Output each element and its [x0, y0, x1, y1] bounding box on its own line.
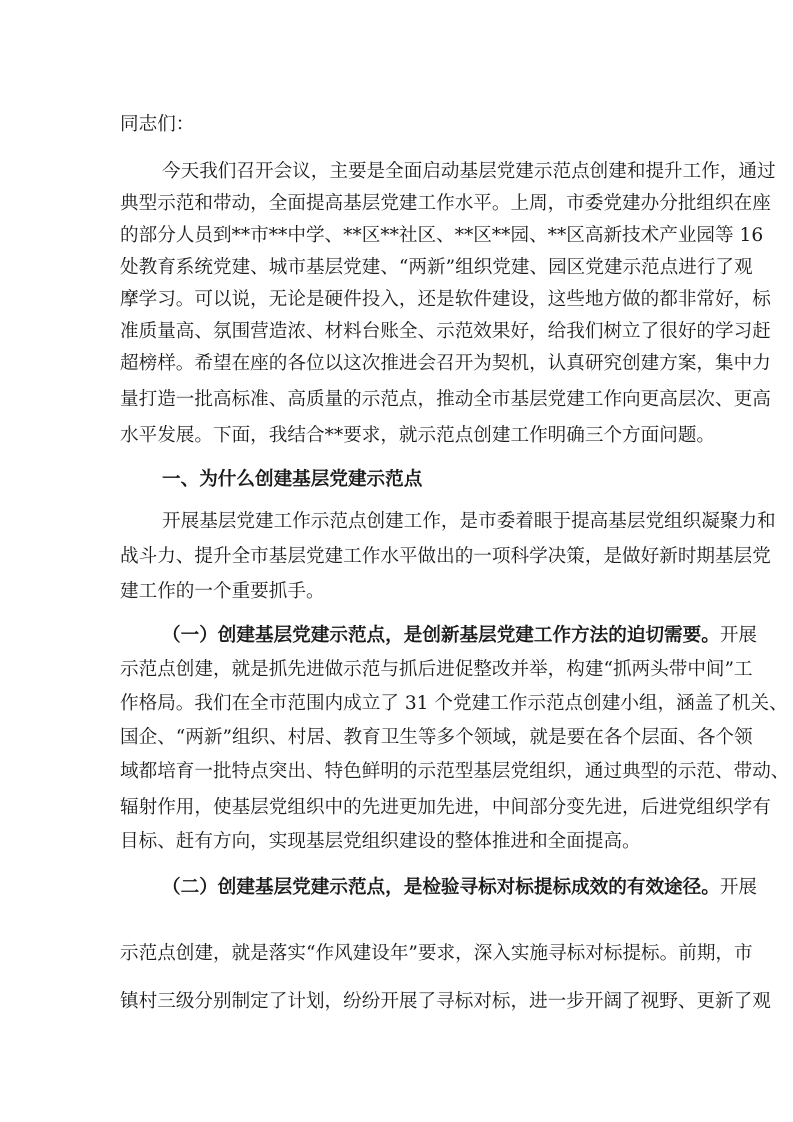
paragraph-line: 国企、“两新”组织、村居、教育卫生等多个领域，就是要在各个层面、各个领: [120, 726, 675, 750]
paragraph-line: 辐射作用，使基层党组织中的先进更加先进，中间部分变先进，后进党组织学有: [120, 796, 675, 820]
paragraph-line: 示范点创建，就是抓先进做示范与抓后进促整改并举，构建“抓两头带中间”工: [120, 658, 675, 682]
paragraph-line: 域都培育一批特点突出、特色鲜明的示范型基层党组织，通过典型的示范、带动、: [120, 760, 675, 784]
paragraph-line: 战斗力、提升全市基层党建工作水平做出的一项科学决策，是做好新时期基层党: [120, 545, 675, 569]
section-heading: 一、为什么创建基层党建示范点: [162, 468, 675, 492]
paragraph-line: 摩学习。可以说，无论是硬件投入，还是软件建设，这些地方做的都非常好，标: [120, 288, 675, 312]
paragraph-line: 建工作的一个重要抓手。: [120, 580, 675, 604]
subsection-1-lead: （一）创建基层党建示范点，是创新基层党建工作方法的迫切需要。: [162, 625, 720, 646]
paragraph-line: 今天我们召开会议，主要是全面启动基层党建示范点创建和提升工作，通过: [162, 160, 675, 184]
subsection-2-first-line: （二）创建基层党建示范点，是检验寻标对标提标成效的有效途径。开展: [162, 876, 675, 900]
salutation: 同志们：: [120, 113, 675, 137]
subsection-2-lead: （二）创建基层党建示范点，是检验寻标对标提标成效的有效途径。: [162, 877, 720, 898]
paragraph-line: 目标、赶有方向，实现基层党组织建设的整体推进和全面提高。: [120, 830, 675, 854]
subsection-2-lead-rest: 开展: [720, 877, 757, 898]
paragraph-line: 镇村三级分别制定了计划，纷纷开展了寻标对标，进一步开阔了视野、更新了观: [120, 990, 675, 1014]
document-page: 同志们： 今天我们召开会议，主要是全面启动基层党建示范点创建和提升工作，通过 典…: [0, 0, 793, 1122]
paragraph-line: 开展基层党建工作示范点创建工作，是市委着眼于提高基层党组织凝聚力和: [162, 510, 675, 534]
paragraph-line: 处教育系统党建、城市基层党建、“两新”组织党建、园区党建示范点进行了观: [120, 256, 675, 280]
subsection-1-first-line: （一）创建基层党建示范点，是创新基层党建工作方法的迫切需要。开展: [162, 624, 675, 648]
subsection-1-lead-rest: 开展: [720, 625, 757, 646]
paragraph-line: 超榜样。希望在座的各位以这次推进会召开为契机，认真研究创建方案，集中力: [120, 352, 675, 376]
paragraph-line: 准质量高、氛围营造浓、材料台账全、示范效果好，给我们树立了很好的学习赶: [120, 320, 675, 344]
paragraph-line: 量打造一批高标准、高质量的示范点，推动全市基层党建工作向更高层次、更高: [120, 388, 675, 412]
paragraph-line: 作格局。我们在全市范围内成立了 31 个党建工作示范点创建小组，涵盖了机关、: [120, 692, 675, 716]
paragraph-line: 典型示范和带动，全面提高基层党建工作水平。上周，市委党建办分批组织在座: [120, 192, 675, 216]
paragraph-line: 水平发展。下面，我结合**要求，就示范点创建工作明确三个方面问题。: [120, 424, 675, 448]
paragraph-line: 的部分人员到**市**中学、**区**社区、**区**园、**区高新技术产业园等…: [120, 224, 675, 248]
paragraph-line: 示范点创建，就是落实“作风建设年”要求，深入实施寻标对标提标。前期，市: [120, 942, 675, 966]
